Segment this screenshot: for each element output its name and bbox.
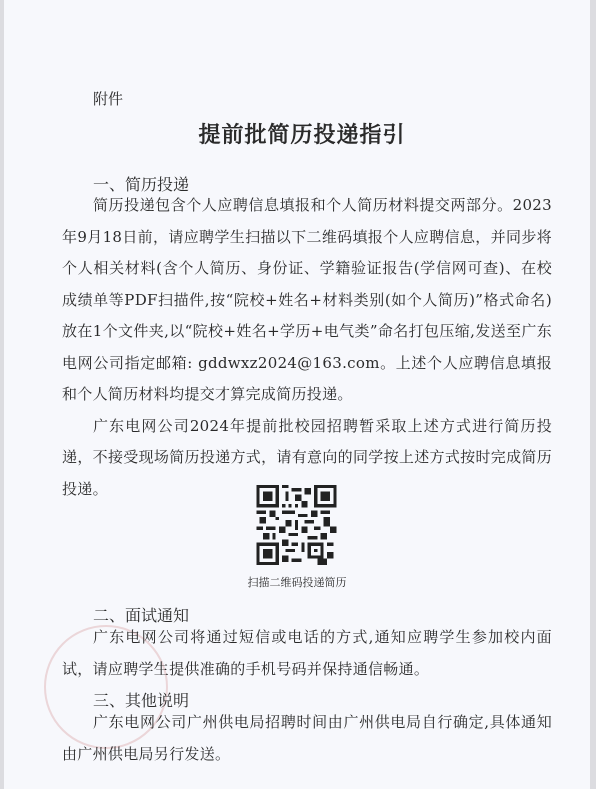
section-body-resume: 简历投递包含个人应聘信息填报和个人简历材料提交两部分。2023年9月18日前，请… [62,190,552,505]
section-body-other: 广东电网公司广州供电局招聘时间由广州供电局自行确定,具体通知由广州供电局另行发送… [62,707,552,770]
paragraph: 简历投递包含个人应聘信息填报和个人简历材料提交两部分。2023年9月18日前，请… [62,190,552,411]
section-body-interview: 广东电网公司将通过短信或电话的方式,通知应聘学生参加校内面试，请应聘学生提供准确… [62,622,552,685]
qr-code-image[interactable] [256,485,337,565]
paragraph: 广东电网公司广州供电局招聘时间由广州供电局自行确定,具体通知由广州供电局另行发送… [62,707,552,770]
qr-caption: 扫描二维码投递简历 [4,574,590,590]
document-page: 附件 提前批简历投递指引 一、简历投递 简历投递包含个人应聘信息填报和个人简历材… [4,0,590,789]
paragraph: 广东电网公司将通过短信或电话的方式,通知应聘学生参加校内面试，请应聘学生提供准确… [62,622,552,685]
attachment-label: 附件 [93,88,123,109]
document-title: 提前批简历投递指引 [4,118,596,149]
